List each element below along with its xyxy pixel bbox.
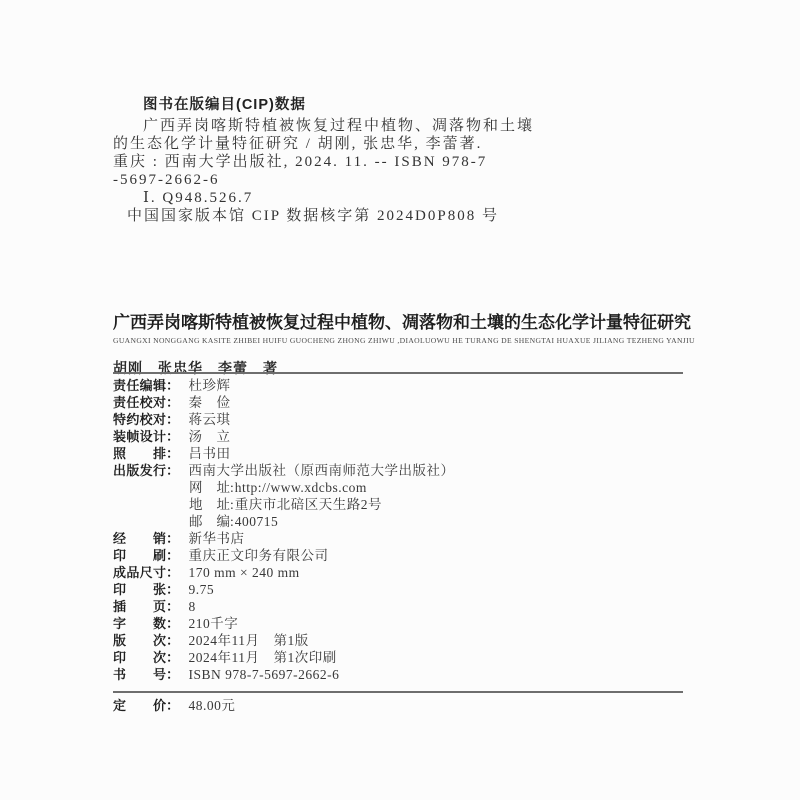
colophon-row-proofreader: 责任校对：秦 俭	[113, 394, 713, 411]
row-colon: ：	[166, 698, 180, 713]
colophon-row-printer: 印刷：重庆正文印务有限公司	[113, 547, 713, 564]
row-value: 杜珍辉	[189, 378, 231, 393]
row-value: 8	[189, 599, 196, 614]
cip-line: -5697-2662-6	[113, 171, 633, 189]
row-value: 170 mm × 240 mm	[189, 565, 300, 580]
colophon-row-distributor: 经销：新华书店	[113, 530, 713, 547]
cip-section: 图书在版编目(CIP)数据 广西弄岗喀斯特植被恢复过程中植物、凋落物和土壤 的生…	[113, 96, 633, 225]
row-label: 责任校对	[113, 394, 166, 411]
row-colon: ：	[166, 446, 180, 461]
isbn-value: ISBN 978-7-5697-2662-6	[189, 667, 340, 682]
row-label: 地址	[189, 496, 230, 513]
row-value: 西南大学出版社（原西南师范大学出版社）	[189, 463, 455, 478]
row-colon: :	[230, 514, 234, 529]
colophon-row-edition: 版次：2024年11月 第1版	[113, 632, 713, 649]
row-colon: ：	[166, 429, 180, 444]
row-colon: ：	[166, 531, 180, 546]
cip-line: 重庆 : 西南大学出版社, 2024. 11. -- ISBN 978-7	[113, 153, 633, 171]
row-value: 重庆市北碚区天生路2号	[235, 497, 382, 512]
colophon-row-printing: 印次：2024年11月 第1次印刷	[113, 649, 713, 666]
colophon-row-designer: 装帧设计：汤 立	[113, 428, 713, 445]
row-label: 印次	[113, 649, 166, 666]
row-colon: ：	[166, 378, 180, 393]
row-label: 插页	[113, 598, 166, 615]
row-colon: ：	[166, 616, 180, 631]
colophon-row-dimensions: 成品尺寸：170 mm × 240 mm	[113, 564, 713, 581]
row-label: 网址	[189, 479, 230, 496]
row-label: 装帧设计	[113, 428, 166, 445]
row-value: 2024年11月 第1次印刷	[189, 650, 337, 665]
row-value: 2024年11月 第1版	[189, 633, 309, 648]
cip-line: 广西弄岗喀斯特植被恢复过程中植物、凋落物和土壤	[143, 117, 633, 135]
row-label: 书号	[113, 666, 166, 683]
colophon-list: 责任编辑：杜珍辉 责任校对：秦 俭 特约校对：蒋云琪 装帧设计：汤 立 照排：吕…	[113, 377, 713, 683]
row-label: 照排	[113, 445, 166, 462]
row-label: 责任编辑	[113, 377, 166, 394]
row-colon: ：	[166, 463, 180, 478]
row-label: 经销	[113, 530, 166, 547]
row-label: 印张	[113, 581, 166, 598]
colophon-row-sheets: 印张：9.75	[113, 581, 713, 598]
colophon-row-postcode: 邮编:400715	[113, 513, 713, 530]
row-colon: ：	[166, 582, 180, 597]
row-colon: ：	[166, 412, 180, 427]
book-title: 广西弄岗喀斯特植被恢复过程中植物、凋落物和土壤的生态化学计量特征研究	[113, 313, 753, 333]
row-value: 汤 立	[189, 429, 231, 444]
divider-top	[113, 372, 683, 374]
row-value: 蒋云琪	[189, 412, 231, 427]
row-colon: ：	[166, 548, 180, 563]
row-colon: ：	[166, 395, 180, 410]
price-value: 48.00元	[189, 698, 236, 713]
row-label: 出版发行	[113, 462, 166, 479]
copyright-page: 图书在版编目(CIP)数据 广西弄岗喀斯特植被恢复过程中植物、凋落物和土壤 的生…	[0, 0, 800, 800]
divider-bottom	[113, 691, 683, 693]
colophon-row-isbn: 书号：ISBN 978-7-5697-2662-6	[113, 666, 713, 683]
colophon-row-publisher: 出版发行：西南大学出版社（原西南师范大学出版社）	[113, 462, 713, 479]
cip-record-number: 中国国家版本馆 CIP 数据核字第 2024D0P808 号	[127, 207, 633, 225]
price-row: 定价：48.00元	[113, 697, 235, 714]
row-label: 版次	[113, 632, 166, 649]
colophon-row-wordcount: 字数：210千字	[113, 615, 713, 632]
publisher-url: http://www.xdcbs.com	[235, 480, 367, 495]
cip-heading: 图书在版编目(CIP)数据	[143, 96, 633, 114]
price-label: 定价	[113, 697, 166, 714]
row-colon: :	[230, 480, 234, 495]
colophon-row-typesetter: 照排：吕书田	[113, 445, 713, 462]
row-colon: ：	[166, 650, 180, 665]
colophon-row-editor: 责任编辑：杜珍辉	[113, 377, 713, 394]
book-authors: 胡刚 张忠华 李蕾 著	[113, 358, 753, 378]
row-value: 重庆正文印务有限公司	[189, 548, 329, 563]
row-colon: ：	[166, 667, 180, 682]
colophon-row-special-proofreader: 特约校对：蒋云琪	[113, 411, 713, 428]
row-label: 特约校对	[113, 411, 166, 428]
row-value: 吕书田	[189, 446, 231, 461]
title-block: 广西弄岗喀斯特植被恢复过程中植物、凋落物和土壤的生态化学计量特征研究 GUANG…	[113, 313, 753, 378]
row-value: 210千字	[189, 616, 239, 631]
row-value: 秦 俭	[189, 395, 231, 410]
row-label: 字数	[113, 615, 166, 632]
cip-line: 的生态化学计量特征研究 / 胡刚, 张忠华, 李蕾著.	[113, 135, 633, 153]
row-label: 邮编	[189, 513, 230, 530]
row-label: 成品尺寸	[113, 564, 166, 581]
row-value: 9.75	[189, 582, 215, 597]
colophon-row-inserts: 插页：8	[113, 598, 713, 615]
row-value: 新华书店	[189, 531, 245, 546]
row-colon: ：	[166, 599, 180, 614]
row-colon: :	[230, 497, 234, 512]
colophon-row-website: 网址:http://www.xdcbs.com	[113, 479, 713, 496]
row-colon: ：	[166, 633, 180, 648]
row-value: 400715	[235, 514, 279, 529]
row-label: 印刷	[113, 547, 166, 564]
book-title-pinyin: GUANGXI NONGGANG KASITE ZHIBEI HUIFU GUO…	[113, 336, 753, 345]
colophon-row-address: 地址:重庆市北碚区天生路2号	[113, 496, 713, 513]
row-colon: ：	[166, 565, 180, 580]
cip-classification: Ⅰ. Q948.526.7	[143, 189, 633, 207]
